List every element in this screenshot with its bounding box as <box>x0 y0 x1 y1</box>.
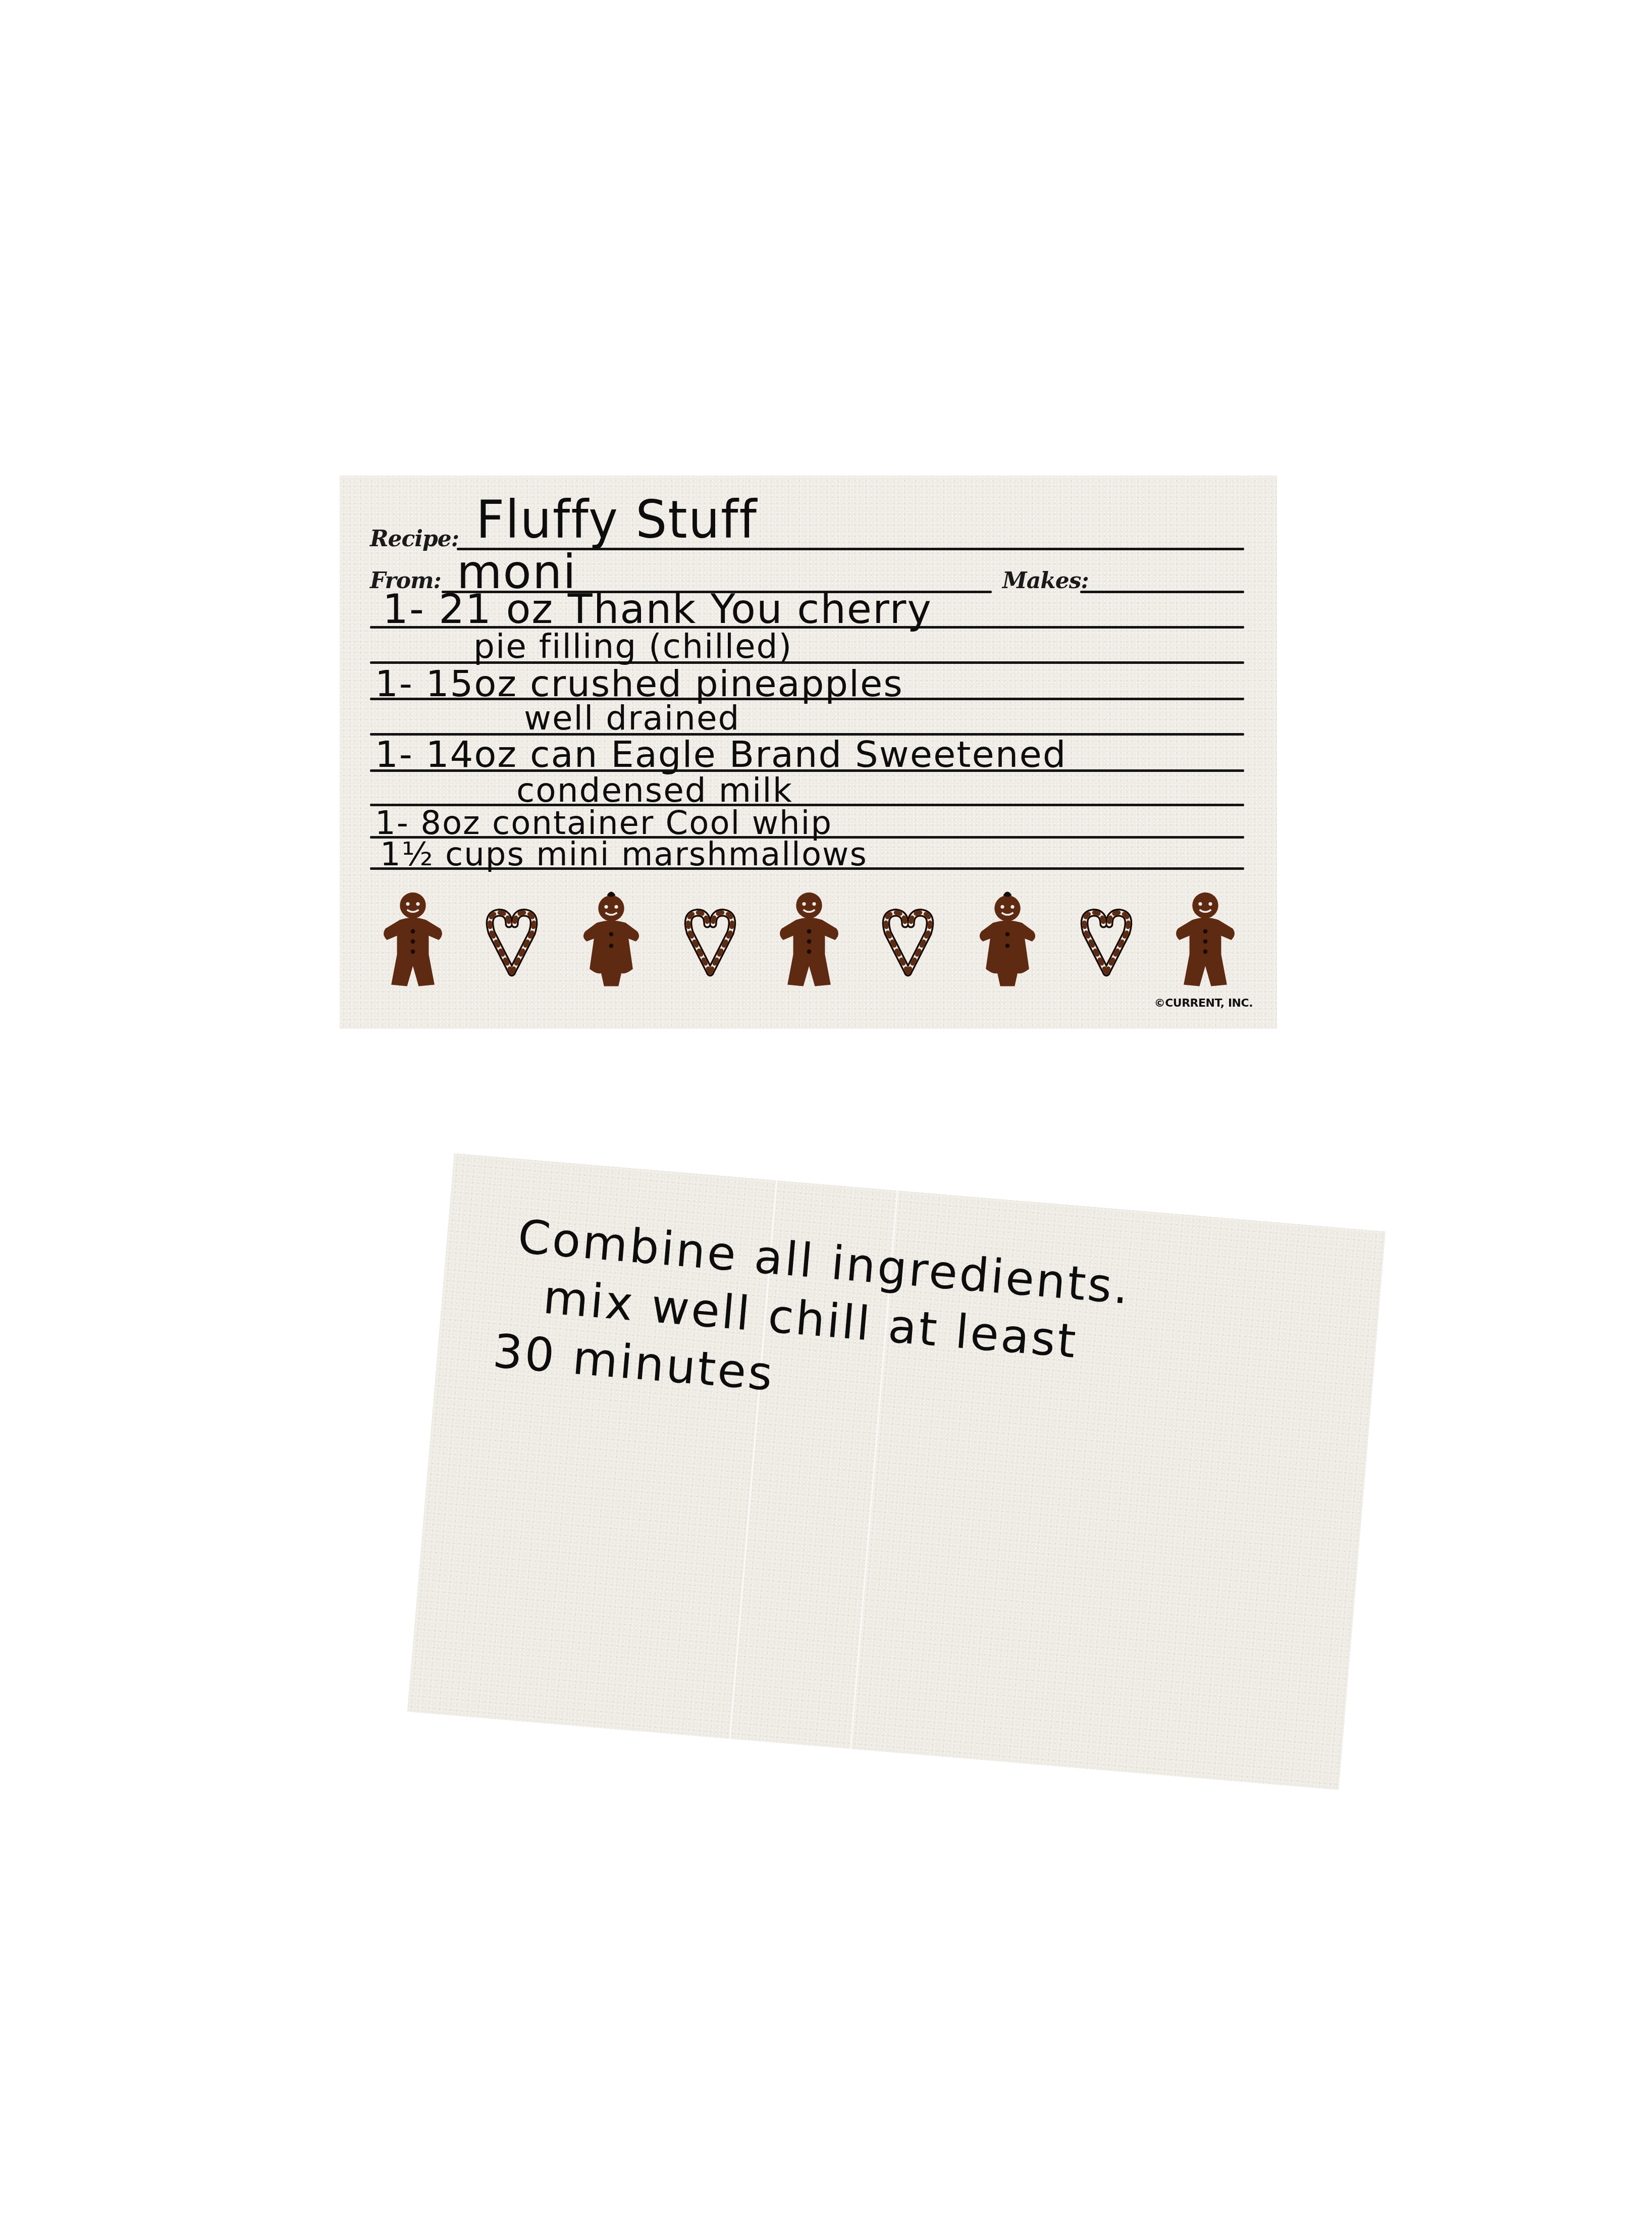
gingerbread-boy-icon <box>771 890 847 991</box>
candy-cane-heart-icon <box>1069 890 1144 991</box>
candy-cane-heart-icon <box>474 890 550 991</box>
gingerbread-boy-icon <box>375 890 451 991</box>
candy-cane-heart-icon <box>870 890 946 991</box>
ingredient-continuation: condensed milk <box>516 771 793 810</box>
recipe-label: Recipe: <box>370 526 459 552</box>
gingerbread-boy-icon <box>1167 890 1243 991</box>
candy-cane-heart-icon <box>672 890 748 991</box>
recipe-card-back: Combine all ingredients. mix well chill … <box>407 1153 1385 1790</box>
ingredient-continuation: pie filling (chilled) <box>473 627 792 666</box>
ingredient-continuation: well drained <box>524 699 740 738</box>
ingredient-line: 1½ cups mini marshmallows <box>380 836 868 873</box>
ingredient-line: 1- 14oz can Eagle Brand Sweetened <box>375 733 1067 775</box>
recipe-name: Fluffy Stuff <box>476 490 758 550</box>
recipe-card-front: Recipe: Fluffy Stuff From: moni Makes: 1… <box>340 476 1277 1029</box>
ornament-border <box>375 890 1243 991</box>
makes-line <box>1080 591 1244 593</box>
gingerbread-girl-icon <box>970 890 1045 991</box>
ingredient-line: 1- 21 oz Thank You cherry <box>383 586 932 633</box>
copyright-notice: ©CURRENT, INC. <box>1154 997 1253 1010</box>
makes-label: Makes: <box>1002 568 1089 594</box>
gingerbread-girl-icon <box>573 890 649 991</box>
